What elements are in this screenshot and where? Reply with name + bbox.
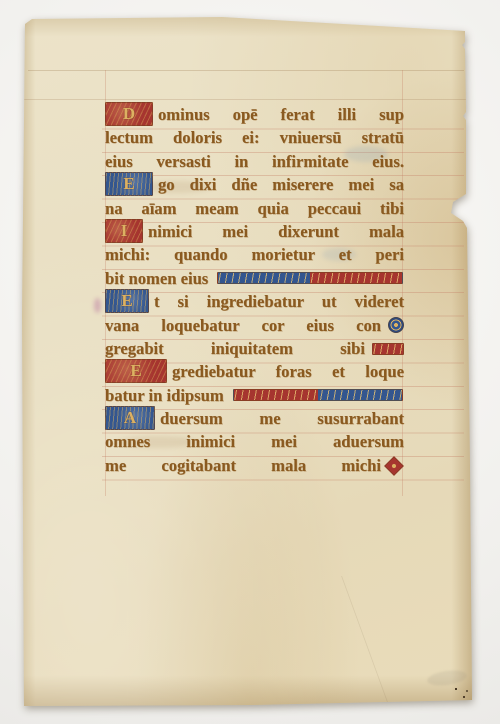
line-text: me cogitabant mala michi [105,454,381,477]
line-text: vana loquebatur cor eius con [105,314,381,337]
line-text: t si ingrediebatur ut videret [154,290,404,313]
illuminated-initial: E [105,359,167,383]
illuminated-initial: I [105,219,143,243]
text-line: Aduersum me susurrabant [105,407,404,430]
text-line: Egrediebatur foras et loque [105,360,404,383]
line-filler-bar [233,389,403,401]
line-filler-bar-small [372,343,404,355]
illuminated-initial: A [105,406,155,430]
illuminated-initial: E [105,289,149,313]
line-text: ominus opē ferat illi sup [158,103,404,126]
line-filler-diamond [384,456,404,476]
line-text: gregabit iniquitatem sibi [105,337,365,360]
crease-line-upper [24,99,466,100]
line-text: bit nomen eius [105,267,210,290]
text-line: eius versasti in infirmitate eius. [105,150,404,173]
text-line: batur in idipsum [105,384,404,407]
text-line: Ego dixi dñe miserere mei sa [105,173,404,196]
text-line: michi: quando morietur et peri [105,243,404,266]
line-text: grediebatur foras et loque [172,360,404,383]
photo-background: Dominus opē ferat illi suplectum doloris… [0,0,500,724]
text-line: lectum doloris ei: vniuersū stratū [105,126,404,149]
text-line: Et si ingrediebatur ut videret [105,290,404,313]
text-line: vana loquebatur cor eius con [105,314,404,337]
text-line: bit nomen eius [105,267,404,290]
line-text: batur in idipsum [105,384,226,407]
stain-specks-bottom-right [455,688,457,690]
text-line: omnes inimici mei aduersum [105,430,404,453]
line-text: michi: quando morietur et peri [105,243,404,266]
illuminated-initial: D [105,102,153,126]
text-line: na aīam meam quia peccaui tibi [105,197,404,220]
line-text: lectum doloris ei: vniuersū stratū [105,126,404,149]
line-text: duersum me susurrabant [160,407,404,430]
line-filler-bar [217,272,403,284]
text-line: Dominus opē ferat illi sup [105,103,404,126]
text-line: me cogitabant mala michi [105,454,404,477]
text-line: gregabit iniquitatem sibi [105,337,404,360]
line-text: na aīam meam quia peccaui tibi [105,197,404,220]
line-text: go dixi dñe miserere mei sa [158,173,404,196]
illuminated-initial: E [105,172,153,196]
crease-line-top [28,70,464,71]
text-block: Dominus opē ferat illi suplectum doloris… [105,103,404,477]
line-text: nimici mei dixerunt mala [148,220,404,243]
line-text: omnes inimici mei aduersum [105,430,404,453]
line-text: eius versasti in infirmitate eius. [105,150,404,173]
crease-diagonal [312,576,422,716]
text-line: Inimici mei dixerunt mala [105,220,404,243]
margin-pigment-mark [94,298,101,313]
faint-pencil-mark [426,668,468,687]
line-filler-roundel [388,317,404,333]
